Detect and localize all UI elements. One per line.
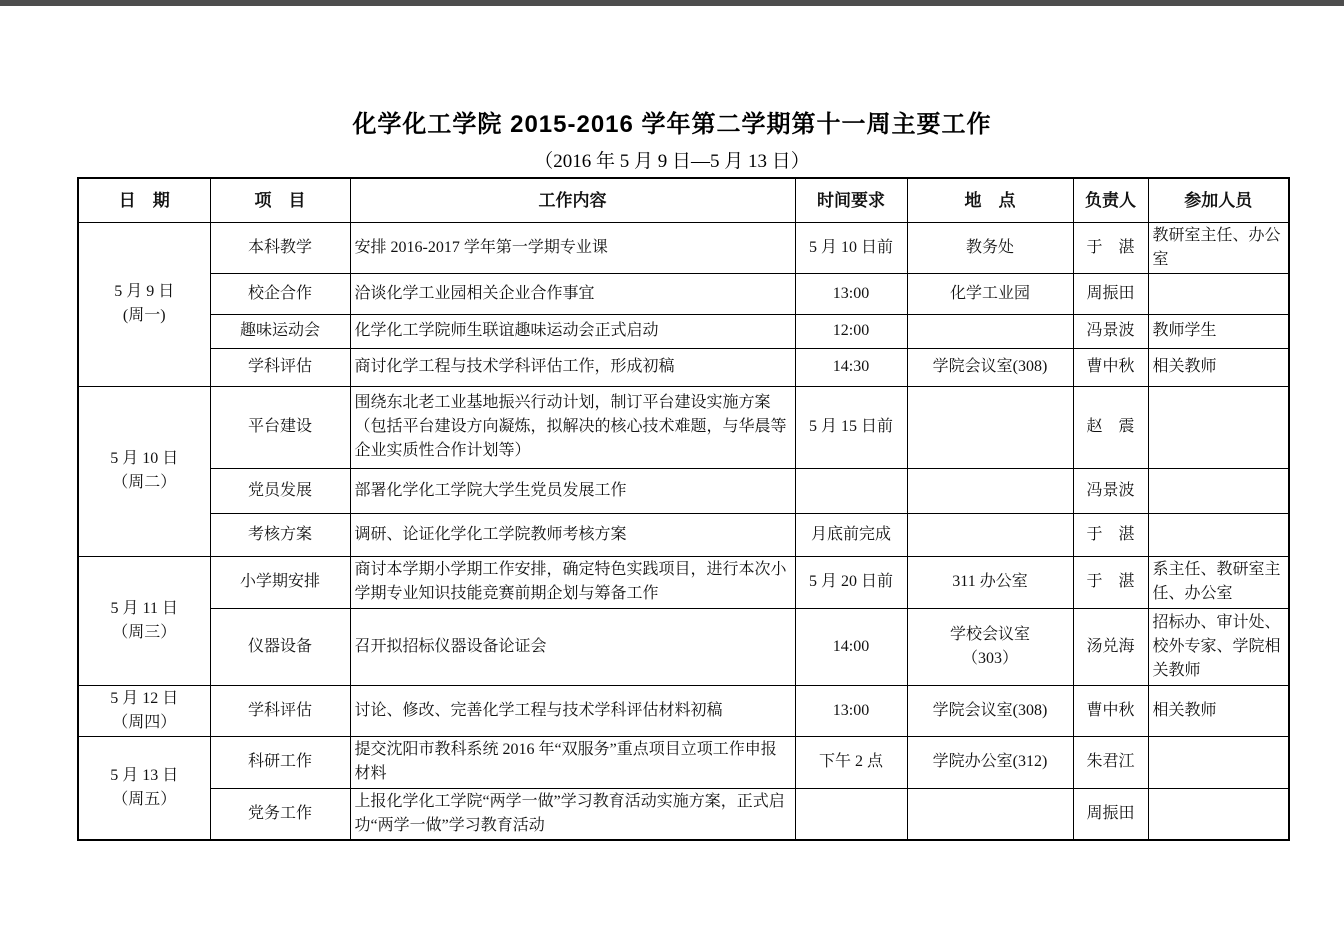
cell-participants: 教师学生 bbox=[1148, 314, 1289, 348]
cell-time bbox=[795, 788, 907, 840]
table-row: 5 月 11 日 （周三） 小学期安排 商讨本学期小学期工作安排，确定特色实践项… bbox=[78, 556, 1289, 608]
cell-participants: 招标办、审计处、校外专家、学院相关教师 bbox=[1148, 608, 1289, 685]
header-row: 日 期 项 目 工作内容 时间要求 地 点 负责人 参加人员 bbox=[78, 178, 1289, 222]
cell-time: 5 月 15 日前 bbox=[795, 386, 907, 468]
cell-place bbox=[907, 513, 1073, 556]
date-cell-tuesday: 5 月 10 日 （周二） bbox=[78, 386, 210, 556]
page-title: 化学化工学院 2015-2016 学年第二学期第十一周主要工作 bbox=[0, 104, 1344, 139]
table-row: 党员发展 部署化学化工学院大学生党员发展工作 冯景波 bbox=[78, 468, 1289, 513]
cell-project: 考核方案 bbox=[210, 513, 350, 556]
cell-leader: 于 湛 bbox=[1073, 556, 1148, 608]
table-row: 5 月 10 日 （周二） 平台建设 围绕东北老工业基地振兴行动计划，制订平台建… bbox=[78, 386, 1289, 468]
table-row: 考核方案 调研、论证化学化工学院教师考核方案 月底前完成 于 湛 bbox=[78, 513, 1289, 556]
cell-leader: 于 湛 bbox=[1073, 513, 1148, 556]
cell-place: 311 办公室 bbox=[907, 556, 1073, 608]
cell-project: 科研工作 bbox=[210, 736, 350, 788]
date-text: 5 月 10 日 bbox=[83, 447, 206, 471]
weekday-text: （周三） bbox=[83, 621, 206, 645]
table-row: 学科评估 商讨化学工程与技术学科评估工作，形成初稿 14:30 学院会议室(30… bbox=[78, 348, 1289, 386]
header-place: 地 点 bbox=[907, 178, 1073, 222]
cell-time: 5 月 20 日前 bbox=[795, 556, 907, 608]
cell-content: 上报化学化工学院“两学一做”学习教育活动实施方案，正式启功“两学一做”学习教育活… bbox=[350, 788, 795, 840]
header-leader: 负责人 bbox=[1073, 178, 1148, 222]
cell-content: 提交沈阳市教科系统 2016 年“双服务”重点项目立项工作申报材料 bbox=[350, 736, 795, 788]
cell-content: 商讨化学工程与技术学科评估工作，形成初稿 bbox=[350, 348, 795, 386]
cell-participants: 系主任、教研室主任、办公室 bbox=[1148, 556, 1289, 608]
weekly-schedule-table: 日 期 项 目 工作内容 时间要求 地 点 负责人 参加人员 5 月 9 日 (… bbox=[77, 177, 1290, 841]
cell-content: 洽谈化学工业园相关企业合作事宜 bbox=[350, 273, 795, 314]
cell-participants: 教研室主任、办公室 bbox=[1148, 222, 1289, 273]
cell-leader: 朱君江 bbox=[1073, 736, 1148, 788]
cell-participants bbox=[1148, 386, 1289, 468]
cell-content: 围绕东北老工业基地振兴行动计划，制订平台建设实施方案（包括平台建设方向凝炼，拟解… bbox=[350, 386, 795, 468]
cell-project: 趣味运动会 bbox=[210, 314, 350, 348]
cell-time: 13:00 bbox=[795, 273, 907, 314]
cell-content: 部署化学化工学院大学生党员发展工作 bbox=[350, 468, 795, 513]
table-row: 仪器设备 召开拟招标仪器设备论证会 14:00 学校会议室 （303） 汤兑海 … bbox=[78, 608, 1289, 685]
cell-project: 小学期安排 bbox=[210, 556, 350, 608]
cell-leader: 曹中秋 bbox=[1073, 685, 1148, 736]
cell-content: 调研、论证化学化工学院教师考核方案 bbox=[350, 513, 795, 556]
window-top-border bbox=[0, 0, 1344, 6]
cell-participants bbox=[1148, 513, 1289, 556]
cell-place bbox=[907, 386, 1073, 468]
date-cell-thursday: 5 月 12 日 （周四） bbox=[78, 685, 210, 736]
cell-content: 化学化工学院师生联谊趣味运动会正式启动 bbox=[350, 314, 795, 348]
cell-place bbox=[907, 468, 1073, 513]
cell-participants: 相关教师 bbox=[1148, 685, 1289, 736]
cell-content: 商讨本学期小学期工作安排，确定特色实践项目，进行本次小学期专业知识技能竞赛前期企… bbox=[350, 556, 795, 608]
cell-content: 召开拟招标仪器设备论证会 bbox=[350, 608, 795, 685]
table-row: 5 月 13 日 （周五） 科研工作 提交沈阳市教科系统 2016 年“双服务”… bbox=[78, 736, 1289, 788]
cell-time: 下午 2 点 bbox=[795, 736, 907, 788]
table-row: 5 月 12 日 （周四） 学科评估 讨论、修改、完善化学工程与技术学科评估材料… bbox=[78, 685, 1289, 736]
date-cell-monday: 5 月 9 日 (周一) bbox=[78, 222, 210, 386]
cell-time: 12:00 bbox=[795, 314, 907, 348]
date-text: 5 月 11 日 bbox=[83, 597, 206, 621]
cell-place: 学校会议室 （303） bbox=[907, 608, 1073, 685]
header-project: 项 目 bbox=[210, 178, 350, 222]
cell-project: 学科评估 bbox=[210, 348, 350, 386]
cell-place: 化学工业园 bbox=[907, 273, 1073, 314]
cell-participants bbox=[1148, 273, 1289, 314]
cell-project: 本科教学 bbox=[210, 222, 350, 273]
cell-project: 平台建设 bbox=[210, 386, 350, 468]
cell-participants bbox=[1148, 736, 1289, 788]
header-time: 时间要求 bbox=[795, 178, 907, 222]
header-content: 工作内容 bbox=[350, 178, 795, 222]
weekday-text: （周二） bbox=[83, 471, 206, 495]
table-row: 5 月 9 日 (周一) 本科教学 安排 2016-2017 学年第一学期专业课… bbox=[78, 222, 1289, 273]
table-row: 党务工作 上报化学化工学院“两学一做”学习教育活动实施方案，正式启功“两学一做”… bbox=[78, 788, 1289, 840]
cell-leader: 赵 震 bbox=[1073, 386, 1148, 468]
cell-place: 学院办公室(312) bbox=[907, 736, 1073, 788]
cell-content: 讨论、修改、完善化学工程与技术学科评估材料初稿 bbox=[350, 685, 795, 736]
cell-leader: 汤兑海 bbox=[1073, 608, 1148, 685]
cell-leader: 冯景波 bbox=[1073, 314, 1148, 348]
cell-leader: 曹中秋 bbox=[1073, 348, 1148, 386]
page-subtitle: （2016 年 5 月 9 日—5 月 13 日） bbox=[0, 146, 1344, 173]
header-participants: 参加人员 bbox=[1148, 178, 1289, 222]
cell-project: 校企合作 bbox=[210, 273, 350, 314]
cell-place: 教务处 bbox=[907, 222, 1073, 273]
date-cell-friday: 5 月 13 日 （周五） bbox=[78, 736, 210, 840]
cell-participants bbox=[1148, 788, 1289, 840]
cell-project: 党员发展 bbox=[210, 468, 350, 513]
cell-participants bbox=[1148, 468, 1289, 513]
cell-time: 13:00 bbox=[795, 685, 907, 736]
cell-project: 党务工作 bbox=[210, 788, 350, 840]
cell-time: 5 月 10 日前 bbox=[795, 222, 907, 273]
weekday-text: (周一) bbox=[83, 304, 206, 328]
table-row: 校企合作 洽谈化学工业园相关企业合作事宜 13:00 化学工业园 周振田 bbox=[78, 273, 1289, 314]
cell-content: 安排 2016-2017 学年第一学期专业课 bbox=[350, 222, 795, 273]
header-date: 日 期 bbox=[78, 178, 210, 222]
date-text: 5 月 9 日 bbox=[83, 280, 206, 304]
cell-time: 14:00 bbox=[795, 608, 907, 685]
cell-place: 学院会议室(308) bbox=[907, 348, 1073, 386]
cell-participants: 相关教师 bbox=[1148, 348, 1289, 386]
date-text: 5 月 13 日 bbox=[83, 764, 206, 788]
table-row: 趣味运动会 化学化工学院师生联谊趣味运动会正式启动 12:00 冯景波 教师学生 bbox=[78, 314, 1289, 348]
cell-project: 学科评估 bbox=[210, 685, 350, 736]
cell-leader: 周振田 bbox=[1073, 273, 1148, 314]
cell-time bbox=[795, 468, 907, 513]
cell-place bbox=[907, 314, 1073, 348]
weekday-text: （周五） bbox=[83, 788, 206, 812]
date-cell-wednesday: 5 月 11 日 （周三） bbox=[78, 556, 210, 685]
date-text: 5 月 12 日 bbox=[83, 687, 206, 711]
cell-leader: 冯景波 bbox=[1073, 468, 1148, 513]
cell-project: 仪器设备 bbox=[210, 608, 350, 685]
cell-leader: 于 湛 bbox=[1073, 222, 1148, 273]
cell-time: 14:30 bbox=[795, 348, 907, 386]
weekday-text: （周四） bbox=[83, 711, 206, 735]
cell-place: 学院会议室(308) bbox=[907, 685, 1073, 736]
cell-place bbox=[907, 788, 1073, 840]
cell-time: 月底前完成 bbox=[795, 513, 907, 556]
cell-leader: 周振田 bbox=[1073, 788, 1148, 840]
